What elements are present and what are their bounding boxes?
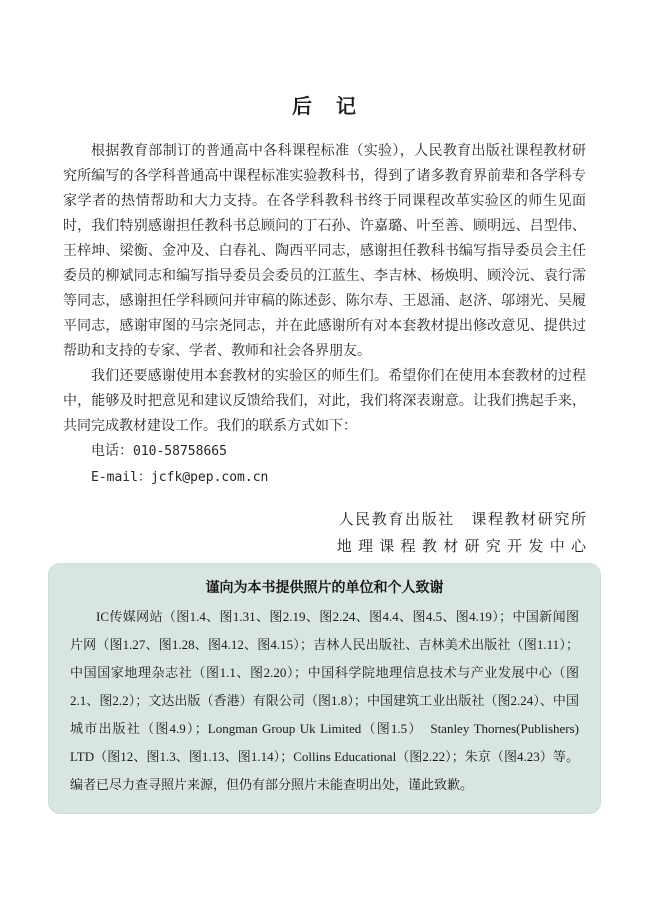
paragraph-feedback: 我们还要感谢使用本套教材的实验区的师生们。希望你们在使用本套教材的过程中，能够及…	[63, 363, 586, 438]
email-address: jcfk@pep.com.cn	[151, 470, 268, 485]
contact-info: 电话：010-58758665 E-mail：jcfk@pep.com.cn	[63, 438, 586, 490]
paragraph-acknowledgements: 根据教育部制订的普通高中各科课程标准（实验），人民教育出版社课程教材研究所编写的…	[63, 138, 586, 363]
email-line: E-mail：jcfk@pep.com.cn	[91, 464, 586, 490]
main-text-block: 根据教育部制订的普通高中各科课程标准（实验），人民教育出版社课程教材研究所编写的…	[63, 138, 586, 560]
phone-label: 电话：	[91, 442, 133, 458]
afterword-page: 后 记 根据教育部制订的普通高中各科课程标准（实验），人民教育出版社课程教材研究…	[0, 0, 650, 920]
credits-box-body: IC传媒网站（图1.4、图1.31、图2.19、图2.24、图4.4、图4.5、…	[70, 603, 579, 799]
email-label: E-mail：	[91, 470, 151, 485]
credits-box: 谨向为本书提供照片的单位和个人致谢 IC传媒网站（图1.4、图1.31、图2.1…	[48, 563, 601, 814]
signature-publisher: 人民教育出版社 课程教材研究所	[63, 506, 588, 533]
credits-box-title: 谨向为本书提供照片的单位和个人致谢	[70, 577, 579, 597]
signature-block: 人民教育出版社 课程教材研究所 地理课程教材研究开发中心	[63, 506, 586, 560]
page-title: 后 记	[0, 0, 650, 119]
phone-line: 电话：010-58758665	[91, 438, 586, 464]
signature-department: 地理课程教材研究开发中心	[63, 533, 592, 560]
phone-number: 010-58758665	[133, 444, 227, 459]
